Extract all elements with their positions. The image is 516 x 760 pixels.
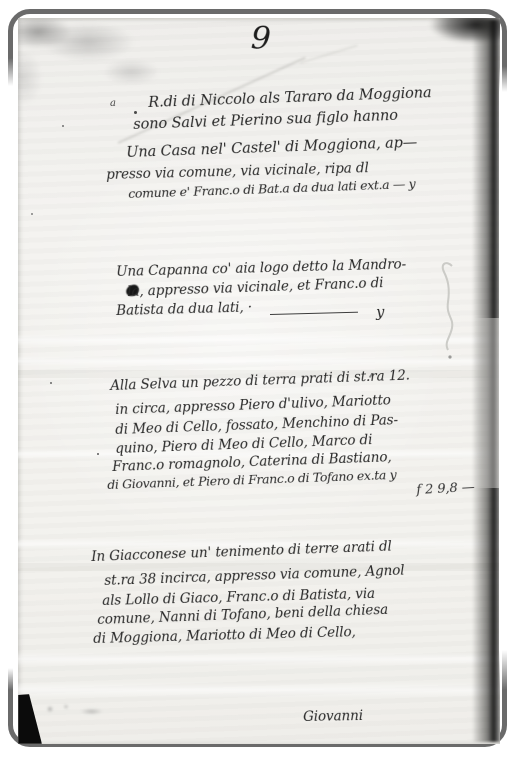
frame-fade-left <box>0 58 17 690</box>
ink-speck <box>50 382 52 384</box>
ink-speck <box>97 453 99 455</box>
marginal-squiggle <box>438 258 478 368</box>
catchword: Giovanni <box>303 708 363 725</box>
manuscript-page: 9 a R.di di Niccolo als Tararo da Moggio… <box>18 18 500 744</box>
scanned-manuscript-viewer: 9 a R.di di Niccolo als Tararo da Moggio… <box>0 0 516 760</box>
ink-speck <box>31 213 33 215</box>
entry-tail-mark: y <box>376 305 384 321</box>
paragraph-mark: a <box>110 98 116 109</box>
scan-band <box>18 652 500 666</box>
folio-number: 9 <box>250 20 271 57</box>
ink-speck <box>62 125 64 127</box>
scan-band <box>18 334 500 346</box>
margin-amount-note: f 2 9,8 — <box>416 480 475 498</box>
bottom-left-smudge <box>42 699 122 723</box>
frame-fade-right <box>499 66 516 690</box>
scan-band <box>18 356 500 366</box>
ink-speck <box>134 111 137 114</box>
scan-band <box>18 682 500 698</box>
